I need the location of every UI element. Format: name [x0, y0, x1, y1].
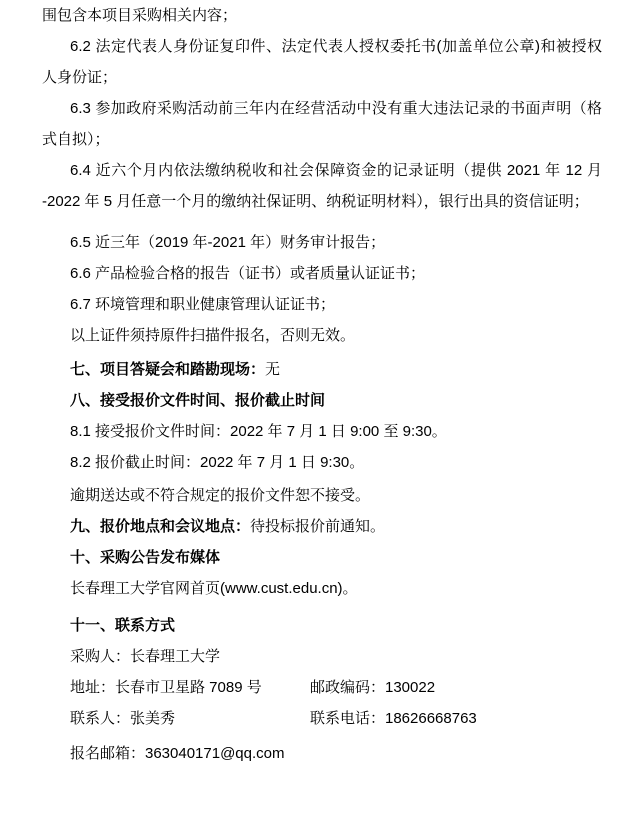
line-original-scan-note: 以上证件须持原件扫描件报名，否则无效。: [42, 320, 602, 351]
line-postcode: 邮政编码：130022: [310, 679, 435, 696]
heading-10-media: 十、采购公告发布媒体: [42, 542, 602, 573]
heading-8-quote-times: 八、接受报价文件时间、报价截止时间: [42, 385, 602, 416]
line-purchaser: 采购人：长春理工大学: [42, 641, 602, 672]
line-8-2-deadline: 8.2 报价截止时间：2022 年 7 月 1 日 9:30。: [42, 447, 602, 478]
line-6-3-continuation: 式自拟）；: [42, 124, 602, 155]
line-6-4-continuation: -2022 年 5 月任意一个月的缴纳社保证明、纳税证明材料），银行出具的资信证…: [42, 186, 602, 217]
line-phone: 联系电话：18626668763: [310, 710, 477, 727]
heading-7-site-visit: 七、项目答疑会和踏勘现场：无: [42, 354, 602, 385]
line-6-7: 6.7 环境管理和职业健康管理认证证书；: [42, 289, 602, 320]
line-address: 地址：长春市卫星路 7089 号: [70, 672, 310, 703]
document-page: 围包含本项目采购相关内容； 6.2 法定代表人身份证复印件、法定代表人授权委托书…: [0, 0, 643, 816]
line-8-1-accept-time: 8.1 接受报价文件时间：2022 年 7 月 1 日 9:00 至 9:30。: [42, 416, 602, 447]
line-scope-continuation: 围包含本项目采购相关内容；: [42, 0, 602, 31]
heading-7-value: 无: [265, 361, 280, 378]
document-body: 围包含本项目采购相关内容； 6.2 法定代表人身份证复印件、法定代表人授权委托书…: [42, 0, 602, 769]
line-6-5: 6.5 近三年（2019 年-2021 年）财务审计报告；: [42, 227, 602, 258]
line-6-4: 6.4 近六个月内依法缴纳税收和社会保障资金的记录证明（提供 2021 年 12…: [42, 155, 602, 186]
line-6-3: 6.3 参加政府采购活动前三年内在经营活动中没有重大违法记录的书面声明（格: [42, 93, 602, 124]
heading-11-contact: 十一、联系方式: [42, 610, 602, 641]
heading-9-value: 待投标报价前通知。: [250, 518, 385, 535]
line-6-6: 6.6 产品检验合格的报告（证书）或者质量认证证书；: [42, 258, 602, 289]
heading-9-label: 九、报价地点和会议地点：: [70, 518, 250, 535]
line-contact-person: 联系人：张美秀: [70, 703, 310, 734]
line-email: 报名邮箱：363040171@qq.com: [42, 738, 602, 769]
line-6-2-continuation: 人身份证；: [42, 62, 602, 93]
line-late-delivery-note: 逾期送达或不符合规定的报价文件恕不接受。: [42, 480, 602, 511]
heading-9-location: 九、报价地点和会议地点：待投标报价前通知。: [42, 511, 602, 542]
line-website: 长春理工大学官网首页(www.cust.edu.cn)。: [42, 573, 602, 604]
heading-7-label: 七、项目答疑会和踏勘现场：: [70, 361, 265, 378]
line-6-2: 6.2 法定代表人身份证复印件、法定代表人授权委托书(加盖单位公章)和被授权: [42, 31, 602, 62]
row-address-postcode: 地址：长春市卫星路 7089 号邮政编码：130022: [42, 672, 602, 703]
row-contact-phone: 联系人：张美秀联系电话：18626668763: [42, 703, 602, 734]
